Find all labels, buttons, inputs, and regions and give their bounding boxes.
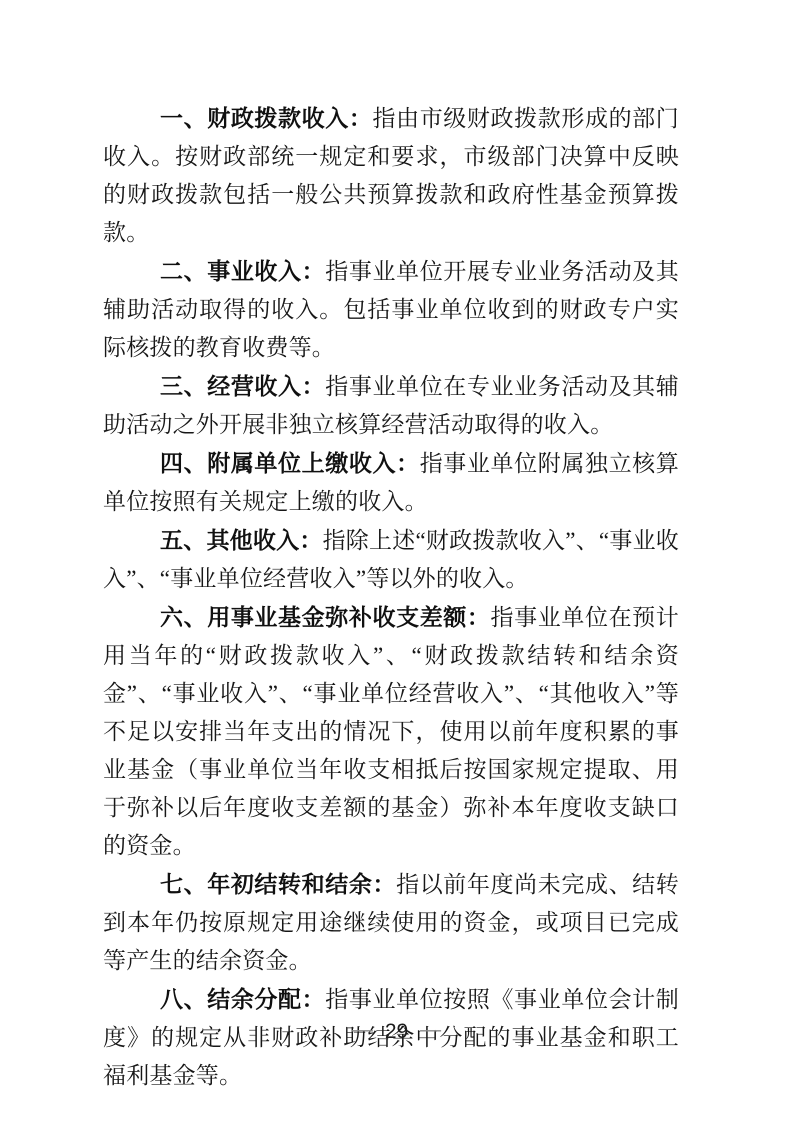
- term-label: 七、年初结转和结余：: [160, 871, 396, 897]
- term-definition: 指事业单位在预计用当年的“财政拨款收入”、“财政拨款结转和结余资金”、“事业收入…: [103, 605, 679, 858]
- document-page: 一、财政拨款收入：指由市级财政拨款形成的部门收入。按财政部统一规定和要求，市级部…: [0, 0, 793, 1122]
- definition-paragraph-3: 三、经营收入：指事业单位在专业业务活动及其辅助活动之外开展非独立核算经营活动取得…: [103, 367, 679, 444]
- page-number: 29: [385, 1020, 408, 1043]
- term-label: 三、经营收入：: [160, 373, 325, 399]
- term-label: 二、事业收入：: [160, 258, 325, 284]
- term-label: 四、附属单位上缴收入：: [160, 450, 420, 476]
- term-label: 六、用事业基金弥补收支差额：: [160, 604, 491, 630]
- definition-paragraph-4: 四、附属单位上缴收入：指事业单位附属独立核算单位按照有关规定上缴的收入。: [103, 444, 679, 521]
- definition-paragraph-7: 七、年初结转和结余：指以前年度尚未完成、结转到本年仍按原规定用途继续使用的资金，…: [103, 865, 679, 980]
- term-label: 一、财政拨款收入：: [160, 105, 372, 131]
- definition-paragraph-6: 六、用事业基金弥补收支差额：指事业单位在预计用当年的“财政拨款收入”、“财政拨款…: [103, 598, 679, 865]
- definition-paragraph-1: 一、财政拨款收入：指由市级财政拨款形成的部门收入。按财政部统一规定和要求，市级部…: [103, 99, 679, 252]
- term-label: 八、结余分配：: [160, 986, 325, 1012]
- page-footer: —29—: [0, 1018, 793, 1046]
- definition-paragraph-5: 五、其他收入：指除上述“财政拨款收入”、“事业收入”、“事业单位经营收入”等以外…: [103, 521, 679, 598]
- definitions-section: 一、财政拨款收入：指由市级财政拨款形成的部门收入。按财政部统一规定和要求，市级部…: [103, 99, 679, 1095]
- definition-paragraph-2: 二、事业收入：指事业单位开展专业业务活动及其辅助活动取得的收入。包括事业单位收到…: [103, 252, 679, 367]
- term-label: 五、其他收入：: [160, 527, 323, 553]
- footer-dash-right: —: [420, 1018, 441, 1041]
- footer-dash-left: —: [352, 1018, 373, 1041]
